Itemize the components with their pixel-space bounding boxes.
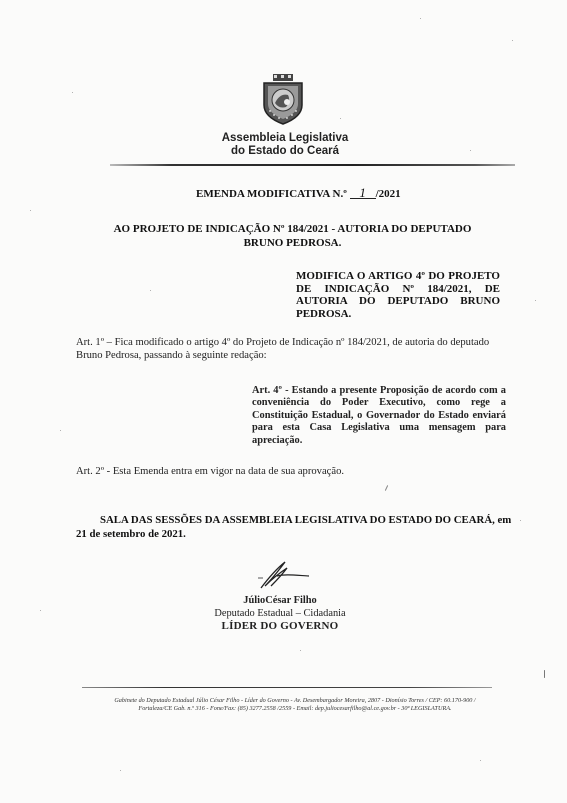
title-prefix: EMENDA MODIFICATIVA N.º [196, 188, 347, 200]
footer-line-1: Gabinete do Deputado Estadual Júlio Césa… [75, 697, 515, 705]
header-divider [110, 164, 515, 166]
title-year: /2021 [376, 188, 401, 200]
institution-state: do Estado do Ceará [180, 144, 390, 158]
footer-contact: Gabinete do Deputado Estadual Júlio Césa… [75, 697, 515, 713]
signer-role: Deputado Estadual – Cidadania [190, 608, 370, 619]
signer-title: LÍDER DO GOVERNO [190, 620, 370, 632]
amendment-title: EMENDA MODIFICATIVA N.º 1/2021 [196, 188, 436, 200]
footer-divider [82, 687, 492, 688]
article-1: Art. 1º – Fica modificado o artigo 4º do… [76, 336, 506, 362]
handwritten-signature-icon [255, 558, 315, 592]
amendment-subject: AO PROJETO DE INDICAÇÃO Nº 184/2021 - AU… [95, 222, 490, 250]
closing-statement: SALA DAS SESSÕES DA ASSEMBLEIA LEGISLATI… [76, 514, 516, 541]
footer-line-2: Fortaleza/CE Gab. n.º 316 - Fone/Fax: (8… [75, 705, 515, 713]
document-page: Assembleia Legislativa do Estado do Cear… [0, 0, 567, 803]
article-1-new-text: Art. 4º - Estando a presente Proposição … [252, 385, 506, 447]
article-2: Art. 2º - Esta Emenda entra em vigor na … [76, 465, 406, 478]
signer-name: JúlioCésar Filho [190, 595, 370, 606]
ceara-coat-of-arms-icon [260, 73, 306, 125]
amendment-summary: MODIFICA O ARTIGO 4º DO PROJETO DE INDIC… [296, 270, 500, 320]
amendment-number: 1 [350, 188, 376, 199]
institution-name: Assembleia Legislativa [180, 131, 390, 145]
